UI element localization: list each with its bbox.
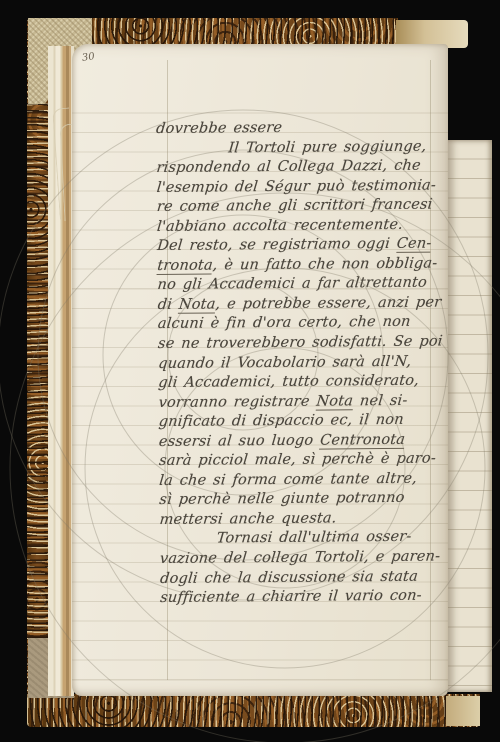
- text-line: Tornasi dall'ultima osser-: [216, 528, 461, 550]
- book: 30 dovrebbe essereIl Tortoli pure soggiu…: [0, 0, 500, 742]
- text-segment: , e potrebbe essere, anzi per: [215, 294, 442, 312]
- text-segment: Del resto, se registriamo oggi: [156, 236, 397, 254]
- text-segment: gnificato di dispaccio ec, il non: [158, 412, 405, 430]
- text-line: Del resto, se registriamo oggi Cen-: [156, 235, 458, 257]
- text-segment: quando il Vocabolario sarà all'N,: [157, 353, 412, 371]
- text-segment: di: [157, 297, 180, 313]
- underlined-word: Cen-: [396, 236, 432, 253]
- text-line: dovrebbe essere: [155, 117, 457, 139]
- underlined-word: Nota: [178, 296, 216, 313]
- text-segment: dovrebbe essere: [155, 120, 283, 137]
- text-line: gli Accademici, tutto considerato,: [157, 371, 459, 393]
- text-segment: re come anche gli scrittori francesi: [156, 197, 433, 215]
- binding-corner-bottom-right: [446, 696, 480, 726]
- text-line: sarà picciol male, sì perchè è paro-: [158, 450, 460, 472]
- text-segment: la che si forma come tante altre,: [158, 471, 417, 489]
- binding-spine-edge: [27, 18, 49, 702]
- text-segment: nel si-: [352, 392, 408, 408]
- text-segment: se ne troverebbero sodisfatti. Se poi: [157, 334, 443, 352]
- text-segment: , è un fatto che non obbliga-: [212, 255, 438, 273]
- text-segment: l'esempio del Ségur può testimonia-: [156, 177, 437, 195]
- text-segment: sì perchè nelle giunte potranno: [159, 490, 406, 508]
- page-number: 30: [81, 51, 95, 64]
- text-segment: vazione del collega Tortoli, e paren-: [159, 549, 441, 567]
- text-segment: l'abbiano accolta recentemente.: [156, 217, 404, 235]
- underlined-word: tronota: [157, 257, 214, 274]
- text-segment: rispondendo al Collega Dazzi, che: [156, 158, 422, 176]
- text-segment: no gli Accademici a far altrettanto: [157, 275, 428, 293]
- text-line: se ne troverebbero sodisfatti. Se poi: [157, 332, 459, 354]
- text-line: rispondendo al Collega Dazzi, che: [156, 156, 458, 178]
- photo-backdrop: { "scene": { "kind": "photographed manus…: [0, 0, 500, 742]
- underlined-word: Centronota: [319, 432, 406, 450]
- text-segment: Il Tortoli pure soggiunge,: [228, 138, 428, 156]
- text-segment: vorranno registrare: [158, 393, 317, 410]
- text-line: sì perchè nelle giunte potranno: [158, 489, 460, 511]
- text-line: vazione del collega Tortoli, e paren-: [159, 547, 461, 569]
- binding-top-edge: [84, 18, 398, 46]
- binding-bottom-edge: [27, 694, 480, 727]
- text-segment: sufficiente a chiarire il vario con-: [160, 588, 423, 606]
- text-segment: Tornasi dall'ultima osser-: [216, 529, 412, 547]
- text-segment: essersi al suo luogo: [158, 432, 321, 449]
- text-segment: gli Accademici, tutto considerato,: [158, 373, 420, 391]
- text-line: sufficiente a chiarire il vario con-: [159, 586, 461, 608]
- handwritten-text: dovrebbe essereIl Tortoli pure soggiunge…: [155, 117, 459, 608]
- text-segment: dogli che la discussione sia stata: [159, 568, 418, 586]
- text-line: Il Tortoli pure soggiunge,: [227, 137, 457, 159]
- text-segment: mettersi anche questa.: [159, 510, 337, 528]
- text-line: gnificato di dispaccio ec, il non: [158, 411, 460, 433]
- text-segment: alcuni è fin d'ora certo, che non: [157, 314, 411, 332]
- text-line: no gli Accademici a far altrettanto: [157, 274, 459, 296]
- text-line: re come anche gli scrittori francesi: [156, 196, 458, 218]
- underlined-word: Nota: [316, 393, 354, 410]
- text-segment: sarà picciol male, sì perchè è paro-: [158, 451, 436, 469]
- text-line: alcuni è fin d'ora certo, che non: [157, 313, 459, 335]
- manuscript-page: 30 dovrebbe essereIl Tortoli pure soggiu…: [72, 44, 448, 696]
